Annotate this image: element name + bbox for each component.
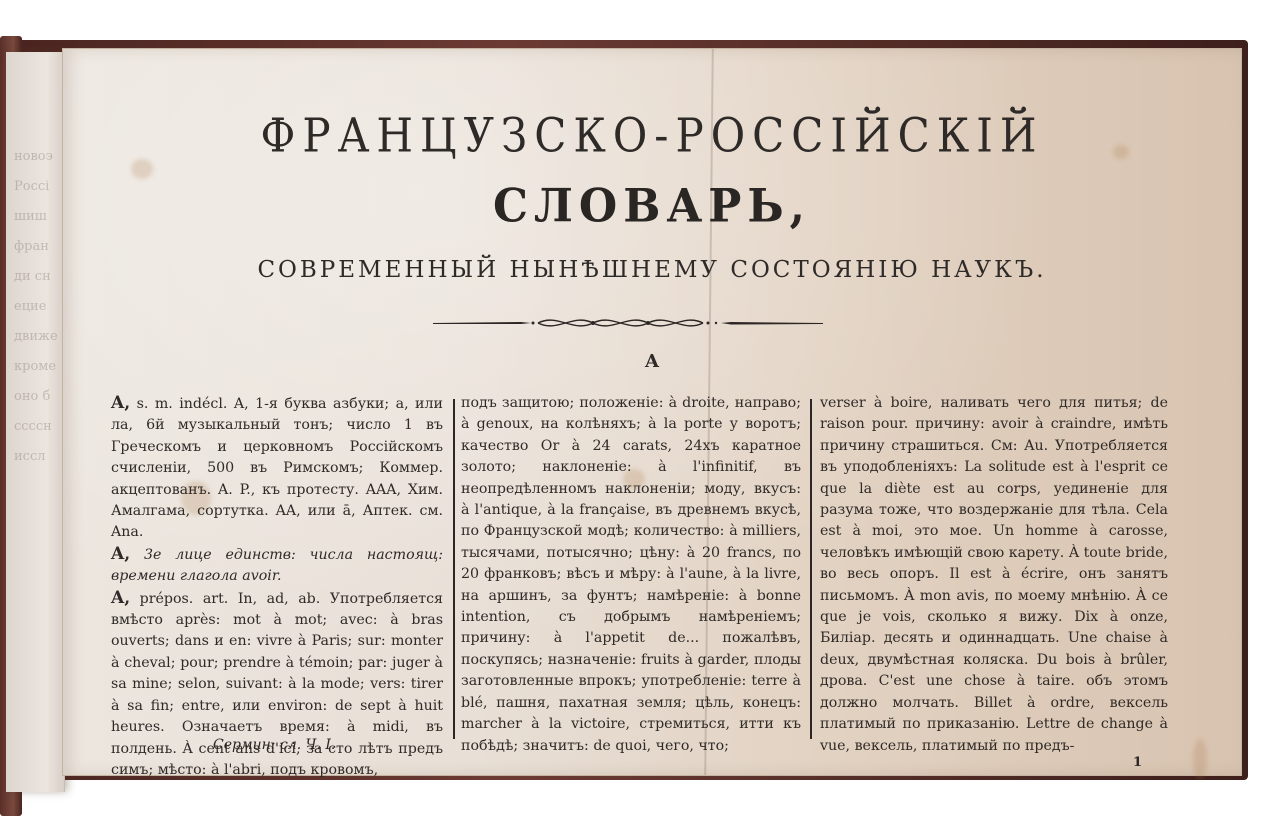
dictionary-entry: A, 3е лице единств: числа настоящ: време… (111, 544, 443, 588)
dictionary-entry-continued: подъ защитою; положеніе: à droite, напра… (461, 393, 801, 757)
dictionary-entry-continued: verser à boire, наливать чего для питья;… (820, 393, 1168, 757)
title-line-2: СЛОВАРЬ, (63, 180, 1241, 234)
entry-definition: 3е лице единств: числа настоящ: времени … (111, 547, 443, 584)
entry-headword: A, (111, 588, 130, 608)
entry-definition: подъ защитою; положеніе: à droite, напра… (461, 395, 801, 754)
entry-definition: verser à boire, наливать чего для питья;… (820, 395, 1168, 754)
ornamental-divider (433, 315, 823, 331)
entry-headword: A, (111, 544, 130, 564)
text-column-2: подъ защитою; положеніе: à droite, напра… (461, 393, 801, 757)
foxing-stain (1193, 739, 1207, 779)
show-through-text: новоэ Россі шиш фран ди сн ецие движе кр… (6, 52, 64, 472)
column-rule (810, 399, 812, 739)
entry-definition: s. m. indécl. A, 1-я буква азбуки; а, ил… (111, 396, 443, 540)
column-rule (453, 399, 455, 739)
page-number: 1 (1133, 755, 1142, 770)
previous-page-edge: новоэ Россі шиш фран ди сн ецие движе кр… (6, 52, 65, 792)
title-line-1: ФРАНЦУЗСКО-РОССІЙСКІЙ (63, 108, 1241, 163)
entry-headword: A, (111, 393, 130, 413)
dictionary-page: ФРАНЦУЗСКО-РОССІЙСКІЙ СЛОВАРЬ, СОВРЕМЕНН… (62, 48, 1242, 776)
text-column-1: A, s. m. indécl. A, 1-я буква азбуки; а,… (111, 393, 443, 781)
printer-signature-mark: Сермин: сл. Ч. I. (213, 737, 335, 753)
section-letter-heading: A (63, 351, 1241, 372)
text-column-3: verser à boire, наливать чего для питья;… (820, 393, 1168, 757)
dictionary-entry: A, s. m. indécl. A, 1-я буква азбуки; а,… (111, 393, 443, 544)
subtitle: СОВРЕМЕННЫЙ НЫНѢШНЕМУ СОСТОЯНІЮ НАУКЪ. (63, 257, 1241, 283)
